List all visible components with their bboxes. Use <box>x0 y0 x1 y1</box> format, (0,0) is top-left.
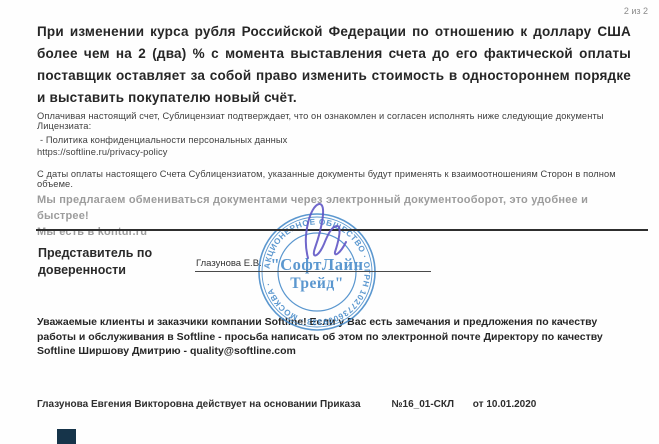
handwritten-signature <box>282 192 392 272</box>
order-number: №16_01-СКЛ <box>391 399 454 410</box>
stamp-center-line2: Трейд" <box>290 275 344 292</box>
signatory-name: Глазунова Е.В. <box>196 258 262 269</box>
page-number: 2 из 2 <box>624 6 648 16</box>
currency-change-clause: При изменении курса рубля Российской Фед… <box>37 21 631 109</box>
license-terms-intro: Оплачивая настоящий счет, Сублицензиат п… <box>37 111 647 131</box>
attorney-basis-line: Глазунова Евгения Викторовна действует н… <box>37 399 536 410</box>
privacy-policy-url: https://softline.ru/privacy-policy <box>37 147 168 157</box>
privacy-policy-item: - Политика конфиденциальности персональн… <box>40 135 287 145</box>
scanned-invoice-page: 2 из 2 При изменении курса рубля Российс… <box>0 0 659 444</box>
corner-mark <box>57 429 76 444</box>
order-date: от 10.01.2020 <box>473 399 537 410</box>
attorney-basis-text: Глазунова Евгения Викторовна действует н… <box>37 399 361 410</box>
signatory-role-label: Представитель по доверенности <box>38 245 163 279</box>
signature-stroke <box>306 204 346 258</box>
terms-apply-note: С даты оплаты настоящего Счета Сублиценз… <box>37 169 647 189</box>
